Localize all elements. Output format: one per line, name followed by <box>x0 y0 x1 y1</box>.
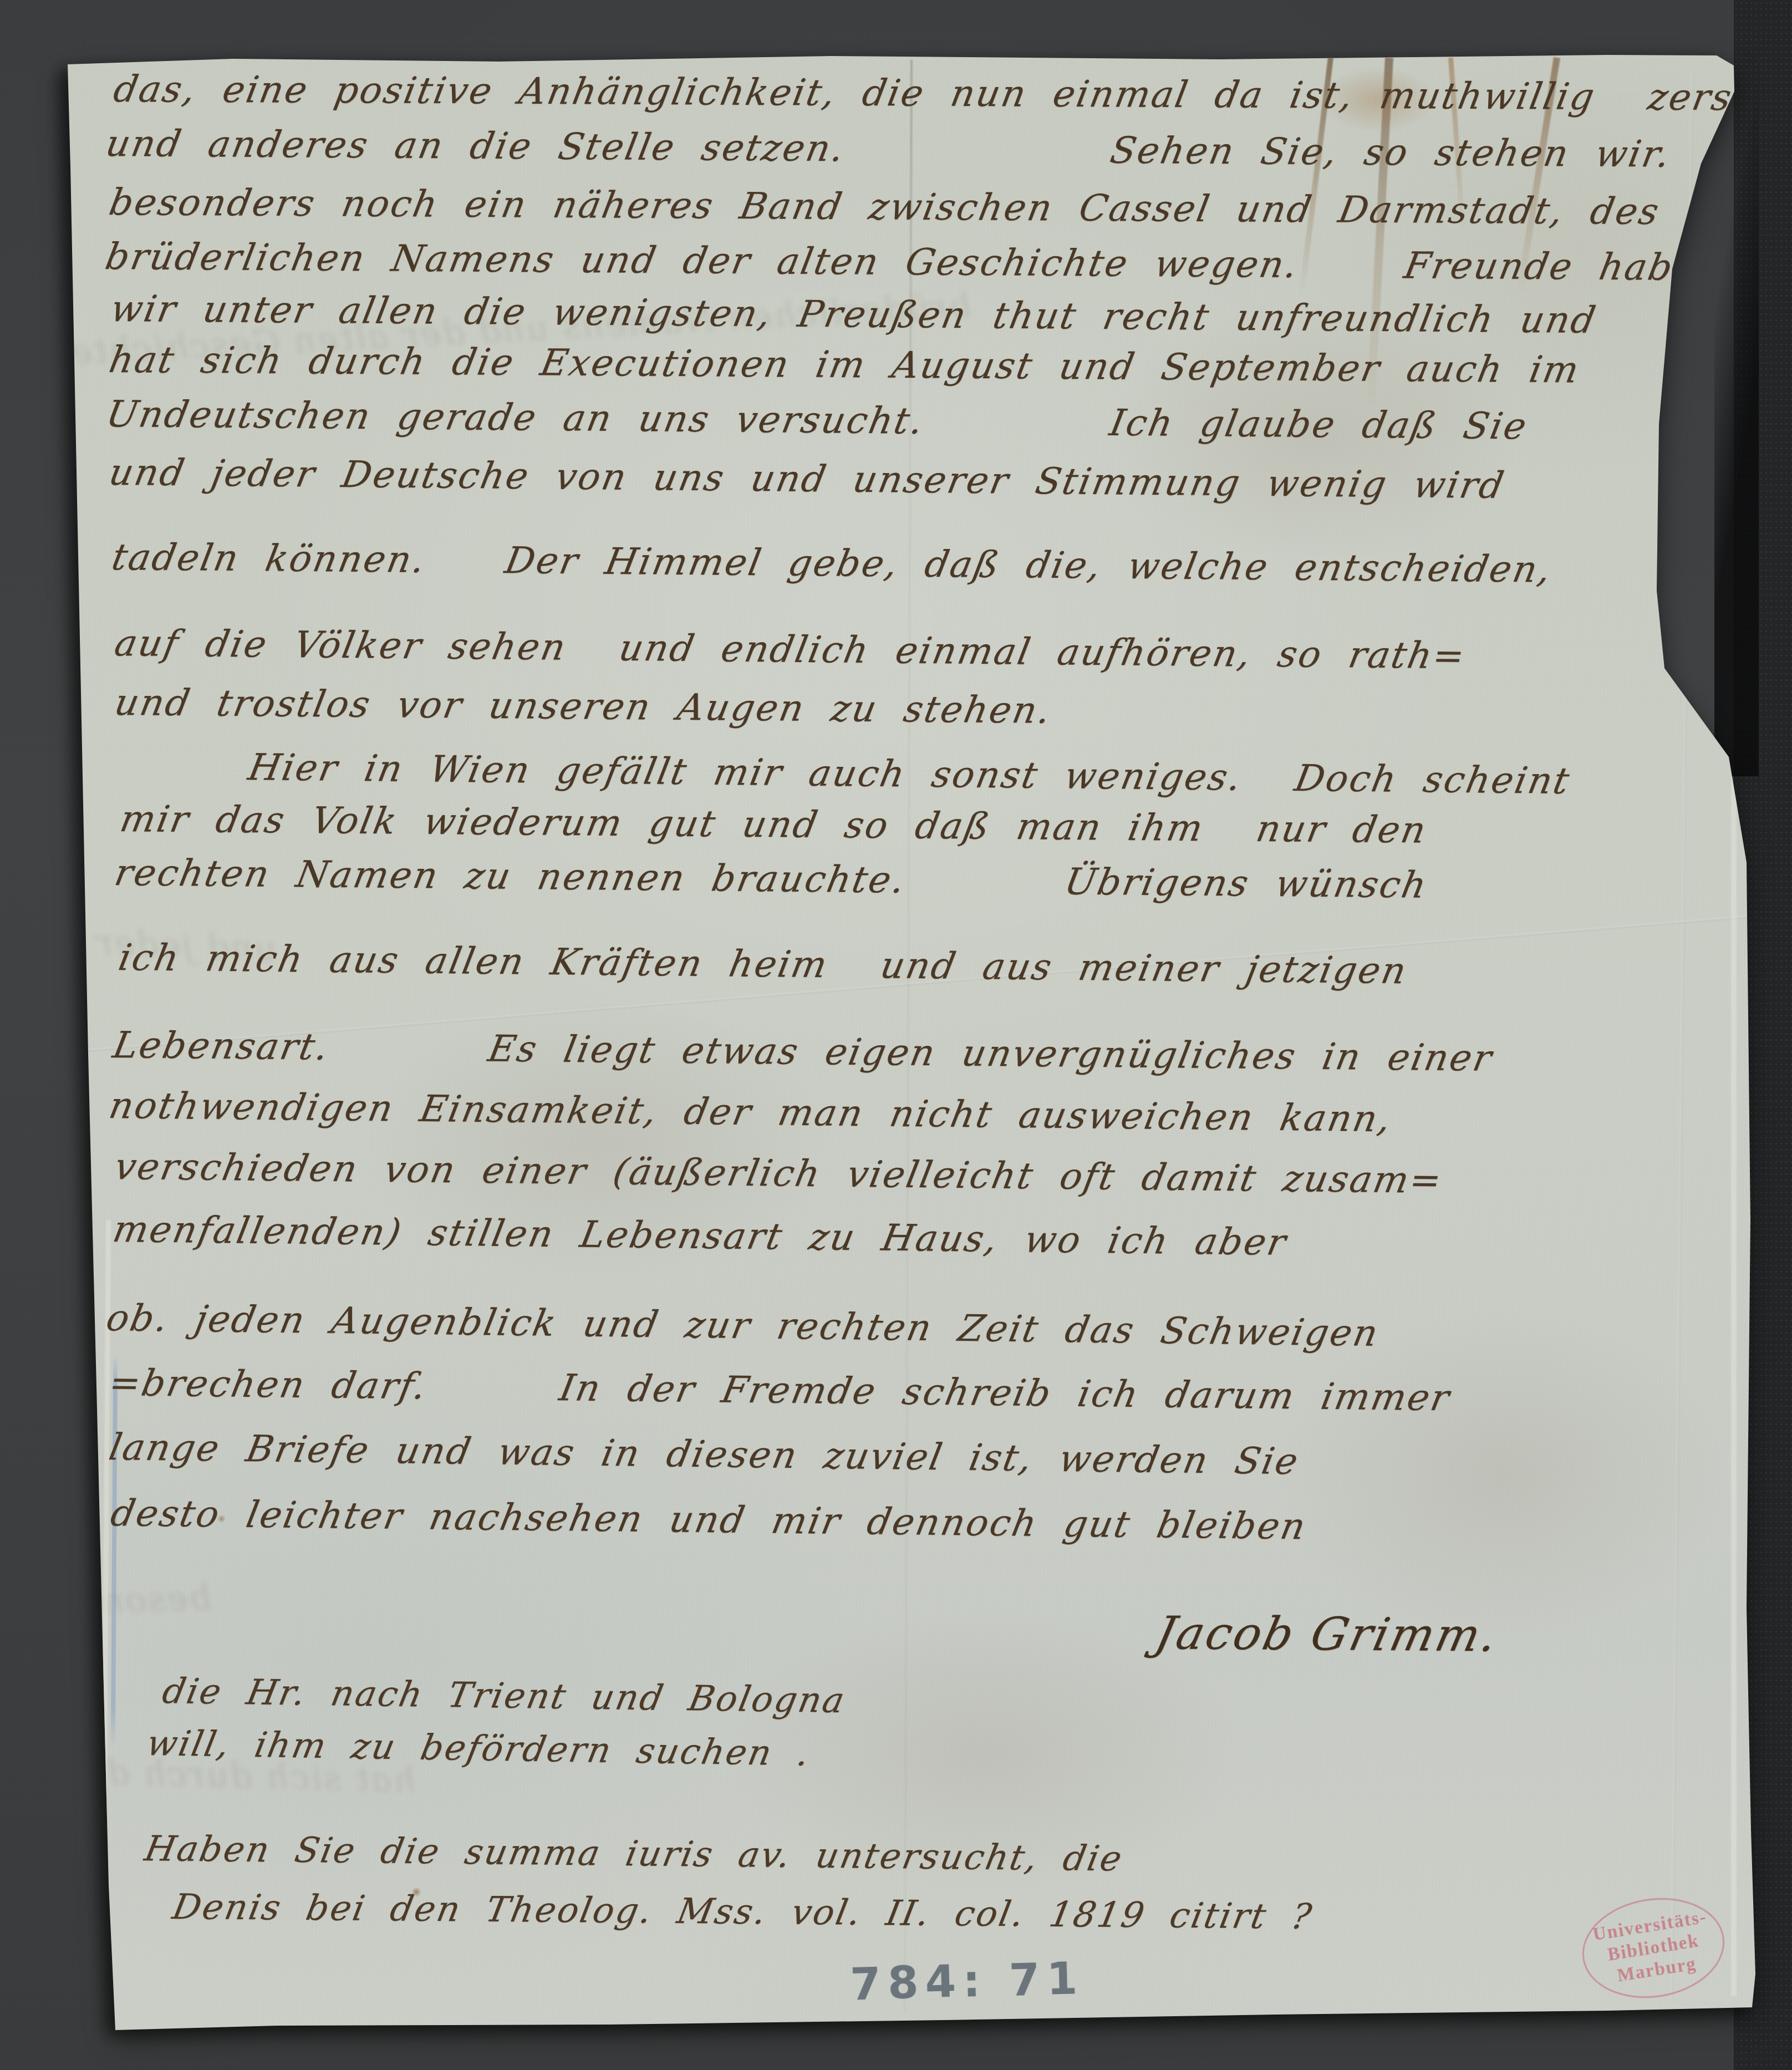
left-edge-highlight <box>100 1220 111 2024</box>
paper-shadow: brüderlichen Namens und der alten Geschi… <box>0 0 1792 2070</box>
pencil-shelfmark: 784: 71 <box>849 1952 1085 2010</box>
vertical-fold-crease-right <box>1671 72 1693 2002</box>
handwritten-line: und anderes an die Stelle setzen. Sehen … <box>103 125 1792 175</box>
handwritten-line: =brechen darf. In der Fremde schreib ich… <box>106 1365 1454 1416</box>
handwritten-line: besonders noch ein näheres Band zwischen… <box>106 184 1663 230</box>
postscript-line: will, ihm zu befördern suchen . <box>144 1726 814 1771</box>
handwritten-line: und trostlos vor unseren Augen zu stehen… <box>112 684 1055 729</box>
handwritten-line: hat sich durch die Executionen im August… <box>106 342 1583 388</box>
handwritten-line: verschieden von einer (äußerlich viellei… <box>112 1148 1446 1199</box>
corner-crease-bottom-left <box>33 1824 86 1891</box>
query-line: Denis bei den Theolog. Mss. vol. II. col… <box>170 1889 1315 1934</box>
handwritten-line: das, eine positive Anhänglichkeit, die n… <box>111 71 1792 116</box>
scanned-letter-photograph: brüderlichen Namens und der alten Geschi… <box>0 0 1792 2070</box>
handwritten-line: wir unter allen die wenigsten, Preußen t… <box>108 291 1600 339</box>
right-edge-highlight <box>1731 776 1737 1996</box>
handwritten-line: brüderlichen Namens und der alten Geschi… <box>103 238 1725 286</box>
handwritten-line: tadeln können. Der Himmel gebe, daß die,… <box>109 539 1555 588</box>
handwritten-line: und jeder Deutsche von uns und unserer S… <box>106 454 1508 504</box>
library-stamp: Universitäts- Bibliothek Marburg <box>1575 1888 1732 2008</box>
handwritten-line: Undeutschen gerade an uns versucht. Ich … <box>104 396 1531 445</box>
postscript-line: die Hr. nach Trient und Bologna <box>160 1674 849 1718</box>
handwritten-line: mir das Volk wiederum gut und so daß man… <box>118 801 1430 848</box>
handwritten-line: ich mich aus allen Kräften heim und aus … <box>116 939 1411 989</box>
handwritten-line: Lebensart. Es liegt etwas eigen unvergnü… <box>110 1027 1496 1077</box>
handwritten-line: auf die Völker sehen und endlich einmal … <box>112 625 1469 674</box>
show-through-smudge <box>1275 1303 1730 1647</box>
query-line: Haben Sie die summa iuris av. untersucht… <box>142 1831 1126 1876</box>
handwritten-line: nothwendigen Einsamkeit, der man nicht a… <box>106 1087 1396 1137</box>
signature-jacob-grimm: Jacob Grimm. <box>1152 1611 1503 1659</box>
handwritten-line: ob. jeden Augenblick und zur rechten Zei… <box>104 1300 1382 1352</box>
blue-pencil-margin-line <box>111 1353 118 1748</box>
handwritten-line: lange Briefe und was in diesen zuviel is… <box>106 1429 1302 1480</box>
handwritten-line: menfallenden) stillen Lebensart zu Haus,… <box>110 1211 1290 1261</box>
handwritten-line: rechten Namen zu nennen brauchte. Übrige… <box>112 855 1431 904</box>
letter-page: brüderlichen Namens und der alten Geschi… <box>0 0 1792 2070</box>
handwritten-line: Hier in Wien gefällt mir auch sonst weni… <box>246 749 1574 800</box>
handwritten-line: desto leichter nachsehen und mir dennoch… <box>108 1495 1310 1545</box>
